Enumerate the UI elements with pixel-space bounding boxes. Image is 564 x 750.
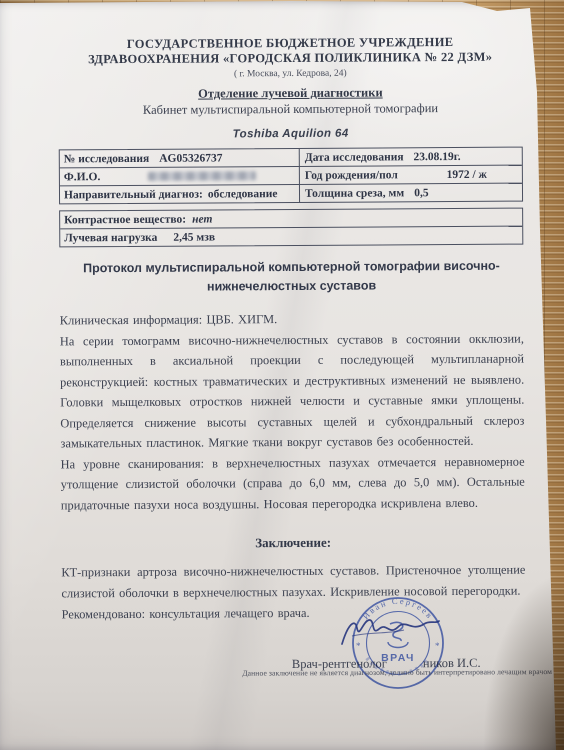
birth-year-value: 1972 / ж <box>447 166 487 182</box>
dose-row: Лучевая нагрузка 2,45 мзв <box>60 227 522 247</box>
doctor-signature <box>338 612 442 652</box>
radiology-department: Отделение лучевой диагностики <box>58 85 522 103</box>
patient-name-label: Ф.И.О. <box>64 169 101 185</box>
study-number-value: AG05326737 <box>159 150 222 166</box>
document-content: ГОСУДАРСТВЕННОЕ БЮДЖЕТНОЕ УЧРЕЖДЕНИЕ ЗДР… <box>58 35 526 678</box>
protocol-title: Протокол мультиспиральной компьютерной т… <box>59 257 523 298</box>
disclaimer-note: Данное заключение не является диагнозом,… <box>182 667 552 678</box>
dose-label: Лучевая нагрузка <box>64 229 157 246</box>
stamp-center-label: ВРАЧ <box>381 652 415 664</box>
diagnosis-label: Направительный диагноз: <box>64 186 203 203</box>
contrast-dose-table: Контрастное вещество: нет Лучевая нагруз… <box>59 208 523 248</box>
clinic-address: ( г. Москва, ул. Кедрова, 24) <box>58 68 522 82</box>
org-name-line2: ЗДРАВООХРАНЕНИЯ «ГОРОДСКАЯ ПОЛИКЛИНИКА №… <box>58 50 522 68</box>
conclusion-text: КТ-признаки артроза височно-нижнечелюстн… <box>61 560 525 604</box>
scanner-model: Toshiba Aquilion 64 <box>59 127 523 142</box>
study-date-value: 23.08.19г. <box>413 148 460 164</box>
dose-value: 2,45 мзв <box>173 229 215 245</box>
study-date-label: Дата исследования <box>305 149 404 166</box>
recommendation-text: Рекомендовано: консультация лечащего вра… <box>62 602 526 625</box>
clinical-information: Клиническая информация: ЦВБ. ХИГМ. <box>60 308 524 331</box>
slice-thickness-label: Толщина среза, мм <box>305 185 404 202</box>
slice-thickness-value: 0,5 <box>414 185 428 201</box>
contrast-label: Контрастное вещество: <box>64 211 186 228</box>
diagnosis-row: Направительный диагноз: обследование Тол… <box>60 184 522 204</box>
diagnosis-value: обследование <box>208 186 278 202</box>
conclusion-heading: Заключение: <box>61 534 525 553</box>
study-info-table: № исследования AG05326737 Дата исследова… <box>59 147 523 205</box>
findings-paragraph-1: На серии томограмм височно-нижнечелюстны… <box>60 328 525 454</box>
document-sheet: ГОСУДАРСТВЕННОЕ БЮДЖЕТНОЕ УЧРЕЖДЕНИЕ ЗДР… <box>0 0 564 750</box>
study-number-label: № исследования <box>64 150 149 167</box>
patient-name-redacted <box>148 171 256 181</box>
contrast-value: нет <box>192 211 212 227</box>
ct-cabinet: Кабинет мультиспиральной компьютерной то… <box>58 101 522 119</box>
findings-paragraph-2: На уровне сканирования: в верхнечелюстны… <box>61 451 525 515</box>
birth-year-label: Год рождения/пол <box>305 167 398 184</box>
